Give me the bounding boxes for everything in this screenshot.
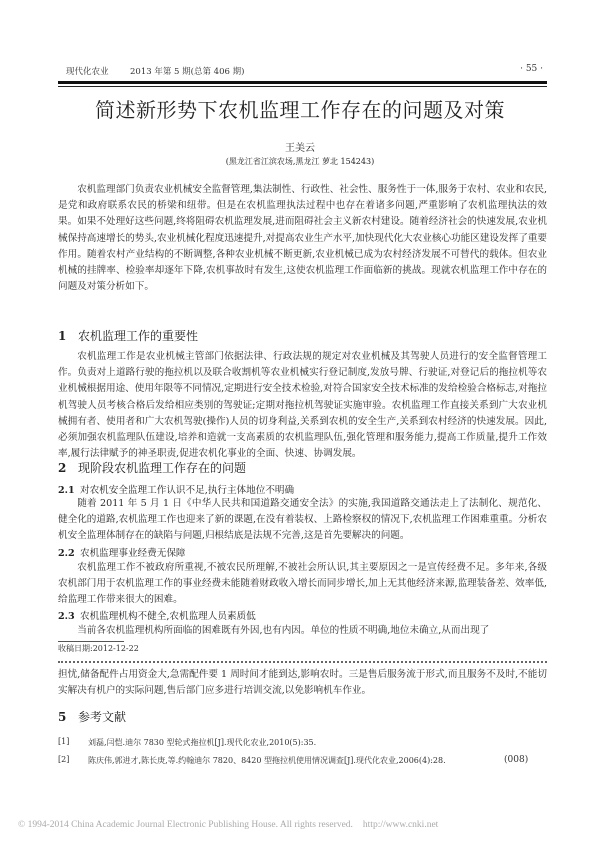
- reference-item: [1] 刘磊,闫恺.迪尔 7830 型轮式拖拉机[J].现代化农业,2010(5…: [58, 737, 547, 755]
- subsection-2-2-body: 农机监理工作不被政府所重视,不被农民所理解,不被社会所认识,其主要原因之一是宣传…: [58, 560, 547, 609]
- references-list: [1] 刘磊,闫恺.迪尔 7830 型轮式拖拉机[J].现代化农业,2010(5…: [58, 737, 547, 773]
- continuation-body: 担忧,储备配件占用资金大,急需配件要 1 周时间才能到达,影响农时。三是售后服务…: [58, 667, 547, 699]
- section-title: 农机监理工作的重要性: [78, 329, 198, 343]
- subsection-heading-2-3: 2.3农机监理机构不健全,农机监理人员素质低: [58, 608, 256, 622]
- section-heading-2: 2现阶段农机监理工作存在的问题: [58, 459, 246, 476]
- intro-section: 农机监理部门负责农业机械安全监督管理,集法制性、行政性、社会性、服务性于一体,服…: [58, 182, 547, 295]
- subsection-2-3-paragraph: 当前各农机监理机构所面临的困难既有外因,也有内因。单位的性质不明确,地位未确立,…: [58, 623, 547, 639]
- subsection-heading-2-2: 2.2农机监理事业经费无保障: [58, 545, 186, 559]
- subsection-2-1-paragraph: 随着 2011 年 5 月 1 日《中华人民共和国道路交通安全法》的实施,我国道…: [58, 496, 547, 545]
- subsection-2-3-body: 当前各农机监理机构所面临的困难既有外因,也有内因。单位的性质不明确,地位未确立,…: [58, 623, 547, 639]
- section-heading-1: 1农机监理工作的重要性: [58, 327, 198, 344]
- section-title: 现阶段农机监理工作存在的问题: [78, 461, 246, 475]
- section-title: 参考文献: [78, 710, 126, 724]
- section-number: 1: [58, 329, 78, 343]
- journal-page: 现代化农业 2013 年第 5 期(总第 406 期) · 55 · 简述新形势…: [0, 0, 600, 850]
- subsection-number: 2.3: [58, 611, 80, 622]
- article-title: 简述新形势下农机监理工作存在的问题及对策: [0, 94, 600, 123]
- copyright-text: © 1994-2014 China Academic Journal Elect…: [18, 820, 353, 830]
- running-header: 现代化农业 2013 年第 5 期(总第 406 期) · 55 ·: [58, 62, 547, 78]
- subsection-heading-2-1: 2.1对农机安全监理工作认识不足,执行主体地位不明确: [58, 482, 294, 496]
- continuation-paragraph: 担忧,储备配件占用资金大,急需配件要 1 周时间才能到达,影响农时。三是售后服务…: [58, 667, 547, 699]
- article-separator: [58, 661, 547, 663]
- issue-info: 2013 年第 5 期(总第 406 期): [130, 65, 244, 77]
- author-affiliation: (黑龙江省江滨农场,黑龙江 萝北 154243): [0, 156, 600, 167]
- intro-paragraph: 农机监理部门负责农业机械安全监督管理,集法制性、行政性、社会性、服务性于一体,服…: [58, 182, 547, 295]
- received-date: 收稿日期:2012-12-22: [58, 643, 139, 654]
- cnki-link[interactable]: http://www.cnki.net: [363, 820, 438, 830]
- footnote-rule: [58, 641, 124, 642]
- subsection-2-1-body: 随着 2011 年 5 月 1 日《中华人民共和国道路交通安全法》的实施,我国道…: [58, 496, 547, 545]
- section-number: 5: [58, 710, 78, 724]
- page-number: · 55 ·: [520, 64, 543, 74]
- subsection-number: 2.1: [58, 485, 80, 496]
- subsection-title: 对农机安全监理工作认识不足,执行主体地位不明确: [80, 485, 294, 496]
- reference-text: 陈庆伟,郭进才,陈长庚,等.约翰迪尔 7820、8420 型拖拉机使用情况调查[…: [88, 755, 446, 766]
- header-rule-thin: [58, 86, 547, 87]
- reference-label: [1]: [58, 737, 69, 746]
- reference-label: [2]: [58, 755, 69, 764]
- reference-text: 刘磊,闫恺.迪尔 7830 型轮式拖拉机[J].现代化农业,2010(5):35…: [88, 737, 316, 748]
- section-1-body: 农机监理工作是农业机械主管部门依据法律、行政法规的规定对农业机械及其驾驶人员进行…: [58, 349, 547, 462]
- subsection-2-2-paragraph: 农机监理工作不被政府所重视,不被农民所理解,不被社会所认识,其主要原因之一是宣传…: [58, 560, 547, 609]
- section-1-paragraph: 农机监理工作是农业机械主管部门依据法律、行政法规的规定对农业机械及其驾驶人员进行…: [58, 349, 547, 462]
- header-rule-thick: [58, 81, 547, 84]
- reference-item: [2] 陈庆伟,郭进才,陈长庚,等.约翰迪尔 7820、8420 型拖拉机使用情…: [58, 755, 547, 773]
- subsection-number: 2.2: [58, 548, 80, 559]
- subsection-title: 农机监理事业经费无保障: [80, 548, 186, 559]
- article-author: 王美云: [0, 139, 600, 154]
- journal-name: 现代化农业: [66, 65, 109, 77]
- references-heading: 5参考文献: [58, 708, 126, 725]
- article-code: (008): [504, 755, 528, 765]
- subsection-title: 农机监理机构不健全,农机监理人员素质低: [80, 611, 256, 622]
- copyright-footer: © 1994-2014 China Academic Journal Elect…: [18, 820, 438, 830]
- section-number: 2: [58, 461, 78, 475]
